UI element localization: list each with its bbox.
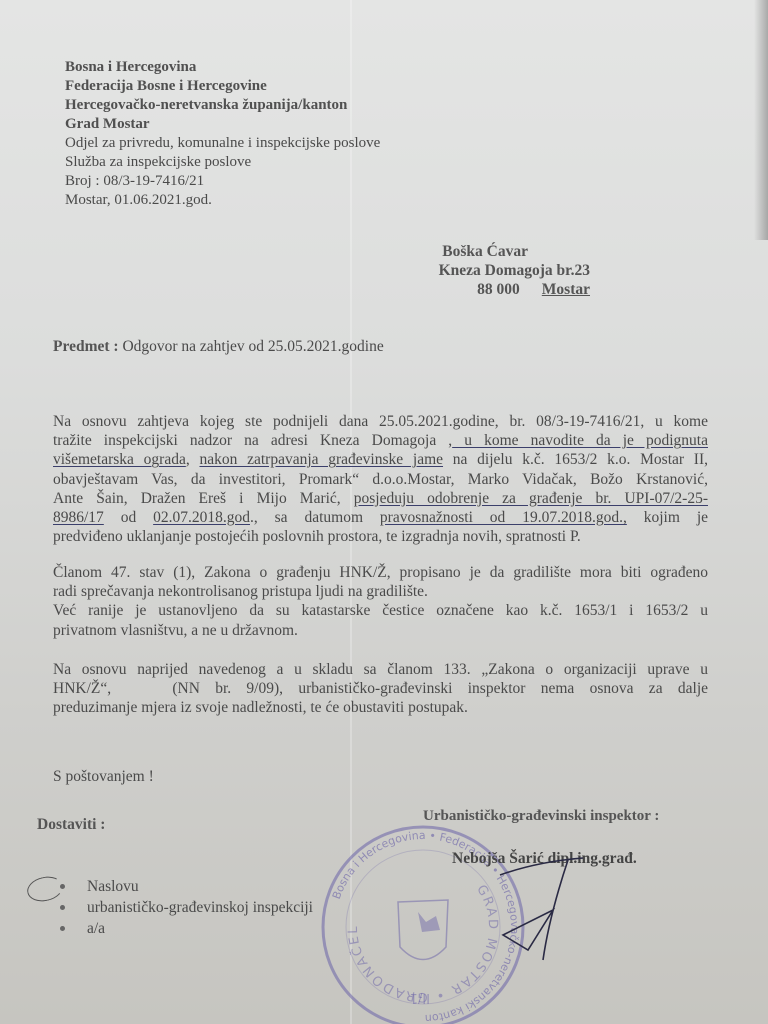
text-line: Na osnovu naprijed navedenog a u skladu … (53, 660, 708, 679)
text-line: radi sprečavanja nekontrolisanog pristup… (53, 582, 708, 601)
text-line: Već ranije je ustanovljeno da su katasta… (53, 601, 708, 620)
paragraph-law: Članom 47. stav (1), Zakona o građenju H… (53, 563, 708, 640)
bullet-icon (60, 884, 65, 889)
letterhead-line: Hercegovačko-neretvanska županija/kanton (65, 96, 380, 115)
text-line: Na osnovu zahtjeva kojeg ste podnijeli d… (53, 412, 708, 431)
subject-text: Odgovor na zahtjev od 25.05.2021.godine (119, 338, 384, 355)
recipient-street: Kneza Domagoja br.23 (0, 261, 590, 280)
letterhead-line: Grad Mostar (65, 115, 380, 134)
letterhead: Bosna i Hercegovina Federacija Bosne i H… (65, 58, 380, 210)
paragraph-conclusion: Na osnovu naprijed navedenog a u skladu … (53, 660, 708, 718)
deliver-label: Dostaviti : (37, 816, 105, 834)
text-line: 8986/17 od 02.07.2018.god., sa datumom p… (53, 508, 708, 527)
stamp-number: II/1 (410, 990, 430, 1005)
text-line: preduzimanje mjera iz svoje nadležnosti,… (53, 698, 708, 717)
list-item: Naslovu (60, 876, 313, 897)
bullet-icon (60, 926, 65, 931)
paragraph-request: Na osnovu zahtjeva kojeg ste podnijeli d… (53, 412, 708, 546)
text-line: privatnom vlasništvu, a ne u državnom. (53, 621, 708, 640)
text-line: HNK/Ž“, (NN br. 9/09), urbanističko-građ… (53, 679, 708, 698)
delivery-list: Naslovu urbanističko-građevinskoj inspek… (60, 876, 313, 939)
reference-number: Broj : 08/3-19-7416/21 (65, 172, 380, 191)
closing-greeting: S poštovanjem ! (53, 768, 154, 786)
text-line: tražite inspekcijski nadzor na adresi Kn… (53, 431, 708, 450)
subject-line: Predmet : Odgovor na zahtjev od 25.05.20… (53, 338, 384, 356)
city: Mostar (542, 281, 590, 298)
text-line: obavještavam Vas, da investitori, Promar… (53, 470, 708, 489)
list-item: a/a (60, 918, 313, 939)
service: Služba za inspekcijske poslove (65, 153, 380, 172)
handwritten-signature (498, 855, 588, 965)
recipient-city-line: 88 000Mostar (0, 280, 590, 299)
text-line: predviđeno uklanjanje postojećih poslovn… (53, 527, 708, 546)
letterhead-line: Federacija Bosne i Hercegovine (65, 77, 380, 96)
page-edge-shadow (754, 0, 768, 240)
department: Odjel za privredu, komunalne i inspekcij… (65, 134, 380, 153)
postal-code: 88 000 (477, 281, 520, 298)
recipient-name: Boška Ćavar (0, 242, 590, 261)
text-line: višemetarska ograda, nakon zatrpavanja g… (53, 450, 708, 469)
bullet-icon (60, 905, 65, 910)
place-date: Mostar, 01.06.2021.god. (65, 191, 380, 210)
text-line: Ante Šain, Dražen Ereš i Mijo Marić, pos… (53, 489, 708, 508)
subject-label: Predmet : (53, 338, 119, 355)
text-line: Članom 47. stav (1), Zakona o građenju H… (53, 563, 708, 582)
recipient-address: Boška Ćavar Kneza Domagoja br.23 88 000M… (0, 242, 590, 299)
letterhead-line: Bosna i Hercegovina (65, 58, 380, 77)
list-item: urbanističko-građevinskoj inspekciji (60, 897, 313, 918)
